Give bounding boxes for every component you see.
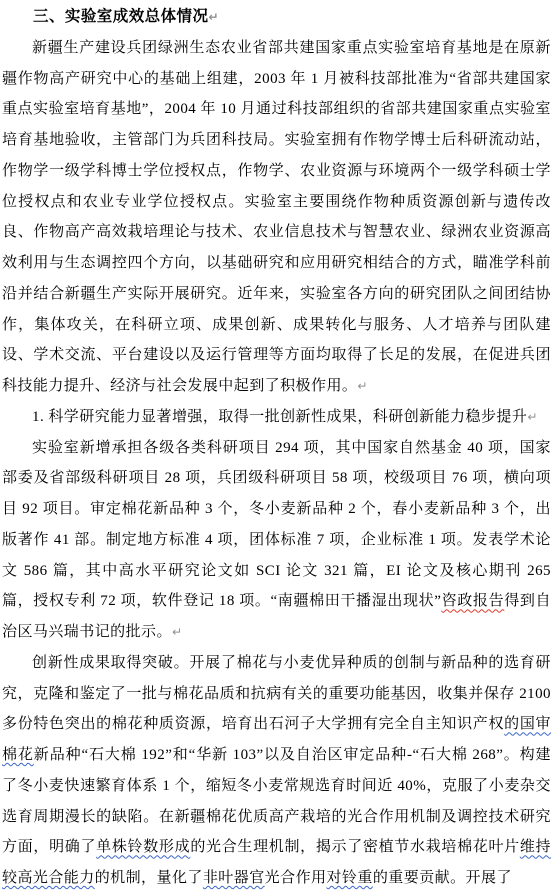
paragraph-mark: ↵ xyxy=(357,379,367,393)
section-heading: 三、实验室成效总体情况↵ xyxy=(2,2,551,33)
paragraph-mark: ↵ xyxy=(172,625,182,639)
grammar-flagged-text: 非叶器官 xyxy=(203,870,265,886)
grammar-flagged-text: 对铃重 xyxy=(326,870,372,886)
breakthrough-text-run: 的重要贡献。开展了 xyxy=(373,870,512,886)
breakthrough-text-run: 创新性成果取得突破。开展了棉花与小麦优异种质的创制与新品种的选育研究，克隆和鉴定… xyxy=(2,655,551,733)
section-heading-text: 三、实验室成效总体情况 xyxy=(33,8,208,25)
results-text-run: 实验室新增承担各级各类科研项目 294 项，其中国家自然基金 40 项，国家部委… xyxy=(2,440,551,610)
para-achievement-title: 1. 科学研究能力显著增强，取得一批创新性成果，科研创新能力稳步提升↵ xyxy=(2,402,551,433)
breakthrough-text-run: 的光合生理机制，揭示了密植节水栽培棉花叶片 xyxy=(190,839,520,855)
grammar-flagged-text: 单株铃数形成 xyxy=(96,839,190,855)
para-innovation-breakthrough: 创新性成果取得突破。开展了棉花与小麦优异种质的创制与新品种的选育研究，克隆和鉴定… xyxy=(2,648,551,892)
document-page: 三、实验室成效总体情况↵ 新疆生产建设兵团绿洲生态农业省部共建国家重点实验室培育… xyxy=(0,0,553,892)
para-lab-overview: 新疆生产建设兵团绿洲生态农业省部共建国家重点实验室培育基地是在原新疆作物高产研究… xyxy=(2,33,551,402)
paragraph-mark: ↵ xyxy=(527,410,537,424)
breakthrough-text-run: 光合作用 xyxy=(265,870,327,886)
para-research-results: 实验室新增承担各级各类科研项目 294 项，其中国家自然基金 40 项，国家部委… xyxy=(2,433,551,648)
spellcheck-flagged-text: 咨政报告 xyxy=(441,593,504,609)
breakthrough-text-run: 的机制，量化了 xyxy=(95,870,203,886)
paragraph-mark: ↵ xyxy=(208,10,218,24)
para-achievement-title-text: 1. 科学研究能力显著增强，取得一批创新性成果，科研创新能力稳步提升 xyxy=(32,409,527,425)
para-lab-overview-text: 新疆生产建设兵团绿洲生态农业省部共建国家重点实验室培育基地是在原新疆作物高产研究… xyxy=(2,40,551,394)
